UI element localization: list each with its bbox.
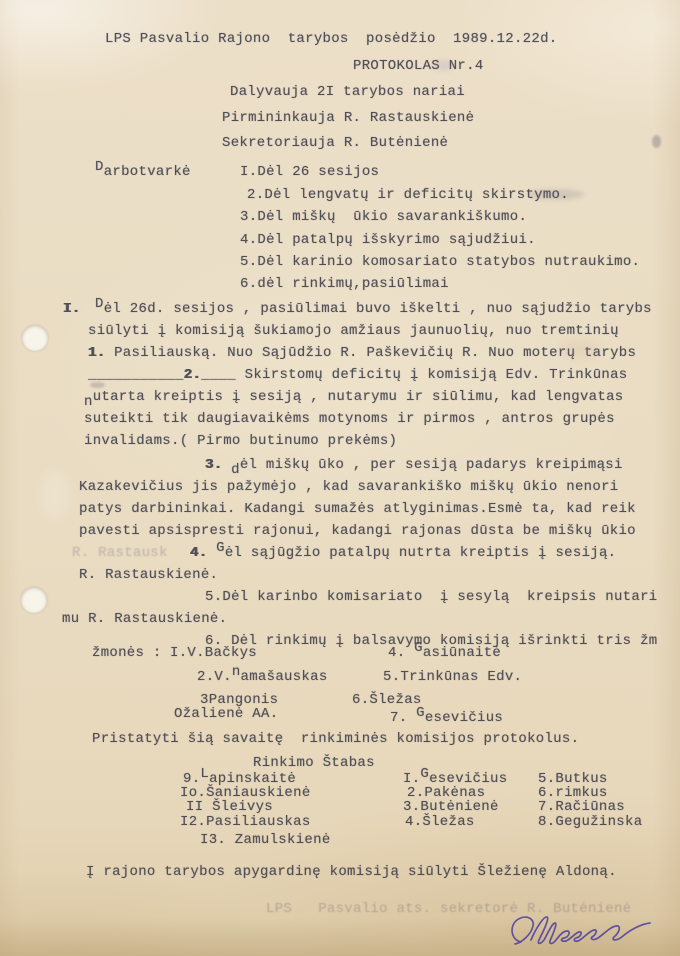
lowered-letter: n — [84, 394, 93, 410]
raised-letter: n — [232, 664, 241, 680]
staff-member: 8.Gegužinska — [538, 815, 642, 830]
agenda-label-initial: D — [95, 159, 104, 175]
body-line: R. Rastauskienė. — [79, 567, 218, 584]
closing-line: Į rajono tarybos apygardinę komisiją siū… — [86, 864, 617, 881]
raised-letter: G — [420, 766, 429, 782]
staff-member: I3. Zamulskienė — [200, 833, 331, 848]
body-line-text: Skirstomų deficitų į komisiją Edv. Trink… — [236, 367, 628, 383]
handwritten-signature — [505, 906, 665, 954]
body-line: Dėl 26d. sesijos , pasiūlimai buvo iškel… — [95, 301, 652, 318]
raised-letter: G — [216, 540, 225, 556]
commission-member: 2.V.namašauskas — [197, 669, 328, 686]
commission-member: 7. Gesevičius — [390, 710, 503, 727]
header-meeting-line: LPS Pasvalio Rajono tarybos posėdžio 198… — [105, 31, 557, 48]
agenda-item: 2.Dėl lengvatų ir deficitų skirstymo. — [247, 187, 569, 204]
faded-overprint-text: R. Rastausk — [72, 545, 168, 562]
chair-line: Pirmininkauja R. Rastauskienė — [222, 110, 474, 127]
hole-punch-top — [22, 325, 48, 351]
raised-letter: L — [200, 766, 209, 782]
staff-member: II Šleivys — [186, 800, 273, 815]
section-marker: I. — [63, 301, 80, 318]
agenda-item: 6.dėl rinkimų,pasiūlimai — [240, 276, 449, 293]
commission-member: 5.Trinkūnas Edv. — [383, 669, 522, 686]
secretary-line: Sekretoriauja R. Butėnienė — [222, 135, 448, 152]
body-line: ___________2.____ Skirstomų deficitų į k… — [88, 367, 628, 384]
body-line-text: ėl 26d. sesijos , pasiūlimai buvo iškelt… — [104, 301, 652, 317]
raised-letter: G — [416, 705, 425, 721]
member-number: 2.V. — [197, 669, 232, 685]
commission-label: žmonės : — [92, 645, 162, 662]
member-number: 4. — [388, 645, 414, 661]
body-line: 3. dėl miškų ūko , per sesiją padarys kr… — [205, 457, 623, 474]
staff-member: I2.Pasiliauskas — [180, 815, 311, 830]
member-name: esevičius — [425, 710, 503, 726]
body-line: 5.Dėl karinbo komisariato į sesylą kreip… — [205, 589, 657, 606]
scanned-protocol-document: { "colors": { "paper": "#e8dcc3", "ink":… — [0, 0, 680, 956]
body-line: 4. Gėl sąjūgžio patalpų nutrta kreiptis … — [190, 545, 616, 562]
body-line: siūlyti į komisiją šukiamojo amžiaus jau… — [88, 323, 619, 340]
commission-member: Ožalienė AA. — [174, 706, 278, 723]
body-line: suteikti tik daugiavaikėms motynoms ir p… — [84, 411, 615, 428]
attendance-line: Dalyvauja 2I tarybos nariai — [230, 84, 465, 101]
agenda-item: 4.Dėl patalpų išskyrimo sąjudžiui. — [240, 232, 536, 249]
body-line: nutarta kreiptis į sesiją , nutarymu ir … — [84, 389, 624, 406]
protocol-title: PROTOKOLAS Nr.4 — [353, 58, 484, 75]
underline-rule: ____ — [201, 367, 236, 383]
overstruck-number: 2. — [184, 367, 201, 383]
member-name: asiūnaitė — [423, 645, 501, 661]
overstruck-number: 3. — [205, 457, 222, 473]
body-line-text: ėl sąjūgžio patalpų nutrta kreiptis į se… — [225, 545, 617, 561]
commission-member: 6.Šležas — [352, 692, 422, 709]
agenda-label-rest: arbotvarkė — [104, 164, 191, 180]
body-line: 1. Pasiliauską. Nuo Sąjūdžio R. Paškevič… — [88, 345, 636, 362]
body-line: Kazakevičius jis pažymėjo , kad savarank… — [79, 479, 618, 496]
agenda-item: 3.Dėl miškų ūkio savarankiškumo. — [240, 209, 527, 226]
agenda-label: Darbotvarkė — [95, 164, 191, 181]
body-line: patys darbininkai. Kadangi sumažės atlyg… — [79, 501, 636, 518]
body-line-text: utarta kreiptis į sesiją , nutarymu ir s… — [93, 389, 624, 405]
member-name: amašauskas — [241, 669, 328, 685]
staff-member: 3.Butėnienė — [403, 800, 499, 815]
hole-punch-bottom — [21, 587, 47, 613]
agenda-item: I.Dėl 26 sesijos — [240, 164, 379, 181]
raised-letter: G — [414, 640, 423, 656]
protocols-line: Pristatyti šią savaitę rinkiminės komisi… — [92, 731, 579, 748]
staff-member: 4.Šležas — [405, 815, 475, 830]
raised-letter: D — [95, 296, 104, 312]
lowered-letter: d — [231, 462, 240, 478]
staff-member: 7.Račiūnas — [538, 800, 625, 815]
overstruck-number: 4. — [190, 545, 216, 561]
member-number: 7. — [390, 710, 416, 726]
agenda-item: 5.Dėl karinio komosariato statybos nutra… — [240, 254, 640, 271]
body-line: pavesti apsispresti rajonui, kadangi raj… — [79, 523, 636, 540]
body-line: mu R. Rastauskienė. — [62, 611, 227, 628]
body-line: invalidams.( Pirmo butinumo prekėms) — [84, 433, 397, 450]
body-line-text: Pasiliauską. Nuo Sąjūdžio R. Paškevičių … — [105, 345, 636, 361]
commission-member: I.V.Bačkys — [170, 645, 257, 662]
commission-member: 4. Gasiūnaitė — [388, 645, 501, 662]
body-line-text: ėl miškų ūko , per sesiją padarys kreipi… — [240, 457, 623, 473]
staff-title: Rinkimo Štabas — [253, 755, 375, 772]
overstruck-number: 1. — [88, 345, 105, 361]
underline-rule: ___________ — [88, 367, 184, 383]
